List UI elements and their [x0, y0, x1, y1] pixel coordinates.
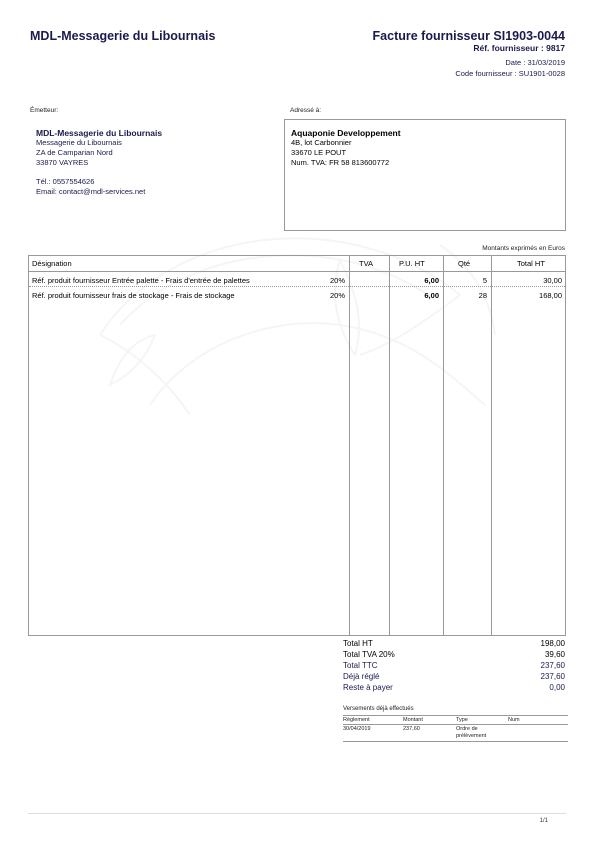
total-tva-row: Total TVA 20% 39,60: [343, 649, 565, 660]
item-designation: Réf. produit fournisseur frais de stocka…: [32, 291, 235, 300]
page-number: 1/1: [540, 818, 548, 824]
totals-block: Total HT 198,00 Total TVA 20% 39,60 Tota…: [343, 638, 565, 693]
recipient-label: Adressé à:: [290, 107, 321, 114]
item-quantity: 28: [479, 291, 487, 300]
item-designation: Réf. produit fournisseur Entrée palette …: [32, 276, 250, 285]
recipient-vat-number: Num. TVA: FR 58 813600772: [291, 158, 565, 168]
table-row: Réf. produit fournisseur frais de stocka…: [29, 287, 565, 301]
recipient-block: Aquaponie Developpement 4B, lot Carbonni…: [284, 119, 566, 231]
column-divider: [491, 256, 492, 635]
column-divider: [443, 256, 444, 635]
item-unit-price: 6,00: [424, 291, 439, 300]
total-ttc-row: Total TTC 237,60: [343, 660, 565, 671]
payments-column-header: Type: [456, 716, 508, 724]
payment-date: 30/04/2019: [343, 726, 403, 740]
sender-block: MDL-Messagerie du Libournais Messagerie …: [30, 120, 275, 232]
total-label: Total HT: [343, 638, 373, 649]
recipient-address-line: 33670 LE POUT: [291, 148, 565, 158]
already-paid-row: Déjà réglé 237,60: [343, 671, 565, 682]
invoice-date: Date : 31/03/2019: [505, 58, 565, 67]
total-label: Total TTC: [343, 660, 378, 671]
total-label: Reste à payer: [343, 682, 393, 693]
column-header-designation: Désignation: [32, 259, 72, 268]
sender-phone: Tél.: 0557554626: [36, 177, 275, 187]
payment-row: 30/04/2019 237,60 Ordre de prélèvement: [343, 725, 568, 741]
item-quantity: 5: [483, 276, 487, 285]
payments-block: Versements déjà effectués Règlement Mont…: [343, 706, 568, 742]
payments-column-header: Montant: [403, 716, 456, 724]
total-label: Déjà réglé: [343, 671, 379, 682]
item-tva: 20%: [330, 276, 345, 285]
items-table: Désignation TVA P.U. HT Qté Total HT Réf…: [28, 255, 566, 636]
payments-column-header: Num: [508, 716, 568, 724]
column-header-tva: TVA: [359, 259, 373, 268]
payments-header: Règlement Montant Type Num: [343, 716, 568, 725]
invoice-title: Facture fournisseur SI1903-0044: [373, 29, 565, 43]
sender-name: MDL-Messagerie du Libournais: [36, 128, 275, 138]
sender-label: Émetteur:: [30, 107, 58, 114]
payments-column-header: Règlement: [343, 716, 403, 724]
total-value: 198,00: [541, 638, 565, 649]
payment-type: Ordre de prélèvement: [456, 726, 490, 740]
total-label: Total TVA 20%: [343, 649, 395, 660]
supplier-code: Code fournisseur : SU1901-0028: [455, 69, 565, 78]
item-total: 30,00: [543, 276, 562, 285]
item-unit-price: 6,00: [424, 276, 439, 285]
table-header: Désignation TVA P.U. HT Qté Total HT: [29, 256, 565, 272]
sender-address-line: 33870 VAYRES: [36, 158, 275, 168]
column-header-unit-price: P.U. HT: [399, 259, 425, 268]
total-value: 237,60: [541, 660, 565, 671]
sender-email: Email: contact@mdl-services.net: [36, 187, 275, 197]
currency-note: Montants exprimés en Euros: [482, 245, 565, 252]
supplier-reference: Réf. fournisseur : 9817: [473, 43, 565, 53]
remaining-row: Reste à payer 0,00: [343, 682, 565, 693]
column-header-total: Total HT: [517, 259, 545, 268]
table-row: Réf. produit fournisseur Entrée palette …: [29, 272, 565, 287]
column-divider: [389, 256, 390, 635]
payments-table: Règlement Montant Type Num 30/04/2019 23…: [343, 715, 568, 742]
total-ht-row: Total HT 198,00: [343, 638, 565, 649]
item-total: 168,00: [539, 291, 562, 300]
recipient-name: Aquaponie Developpement: [291, 128, 565, 138]
payment-num: [508, 726, 568, 740]
column-header-quantity: Qté: [458, 259, 470, 268]
column-divider: [349, 256, 350, 635]
payment-amount: 237,60: [403, 726, 456, 740]
company-name: MDL-Messagerie du Libournais: [30, 29, 215, 43]
payments-title: Versements déjà effectués: [343, 706, 568, 712]
item-tva: 20%: [330, 291, 345, 300]
sender-address-line: Messagerie du Libournais: [36, 138, 275, 148]
sender-address-line: ZA de Camparian Nord: [36, 148, 275, 158]
total-value: 39,60: [545, 649, 565, 660]
footer-divider: [28, 813, 566, 814]
recipient-address-line: 4B, lot Carbonnier: [291, 138, 565, 148]
total-value: 237,60: [541, 671, 565, 682]
total-value: 0,00: [549, 682, 565, 693]
